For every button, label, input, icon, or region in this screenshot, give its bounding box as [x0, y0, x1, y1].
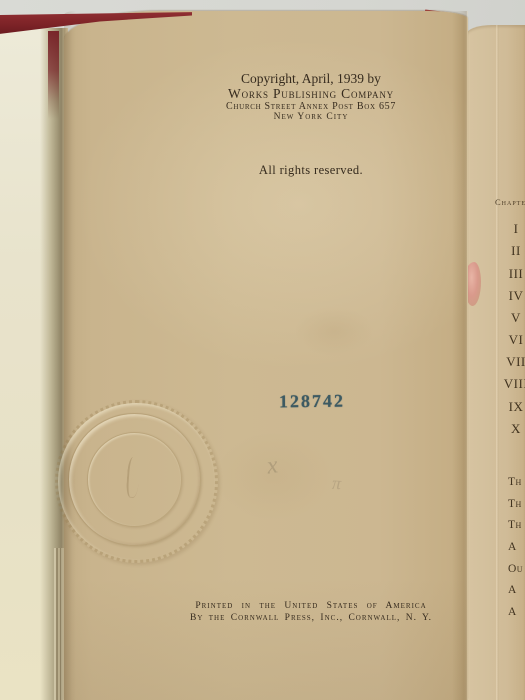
printed-in-usa-line: Printed in the United States of America: [159, 601, 463, 611]
publisher-address: Church Street Annex Post Box 657: [159, 101, 463, 112]
publisher-name: Works Publishing Company: [159, 86, 463, 102]
copyright-line: Copyright, April, 1939 by: [159, 71, 463, 87]
chapter-numeral: I: [495, 221, 525, 237]
story-title-fragment: Th: [508, 498, 522, 510]
copyright-page: Copyright, April, 1939 by Works Publishi…: [64, 11, 468, 700]
story-title-fragment: Th: [508, 519, 522, 531]
story-title-fragment: A: [508, 584, 517, 596]
chapter-numeral: II: [495, 243, 525, 259]
pencil-mark: π: [331, 473, 341, 494]
page-gutter-shade: [64, 11, 76, 700]
publisher-city: New York City: [159, 112, 463, 122]
photo-of-book-copyright-page: { "copyright_page": { "copyright_line": …: [0, 0, 525, 700]
chapter-numeral: X: [495, 421, 525, 437]
chapter-numeral: VI: [495, 332, 525, 348]
chapter-numeral: VII: [495, 354, 525, 370]
red-cover-gutter-sliver: [48, 31, 59, 119]
chapter-numeral: VIII: [495, 376, 525, 392]
contents-page-edge: Chapter I II III IV V VI VII VIII IX X T…: [466, 25, 525, 700]
library-stamp-number: 128742: [279, 391, 345, 413]
cornwall-press-line: By the Cornwall Press, Inc., Cornwall, N…: [159, 613, 463, 623]
chapter-numeral: IX: [495, 399, 525, 415]
chapter-numeral: III: [495, 266, 525, 282]
chapter-numeral: V: [495, 310, 525, 326]
contents-chapter-header: Chapter: [495, 197, 525, 207]
story-title-fragment: Ou: [508, 563, 523, 575]
story-title-fragment: A: [508, 541, 517, 553]
chapter-numeral: IV: [495, 288, 525, 304]
story-title-fragment: Th: [508, 476, 522, 488]
page-stain: [294, 306, 374, 356]
story-title-fragment: A: [508, 606, 517, 618]
rights-reserved-line: All rights reserved.: [159, 163, 463, 178]
